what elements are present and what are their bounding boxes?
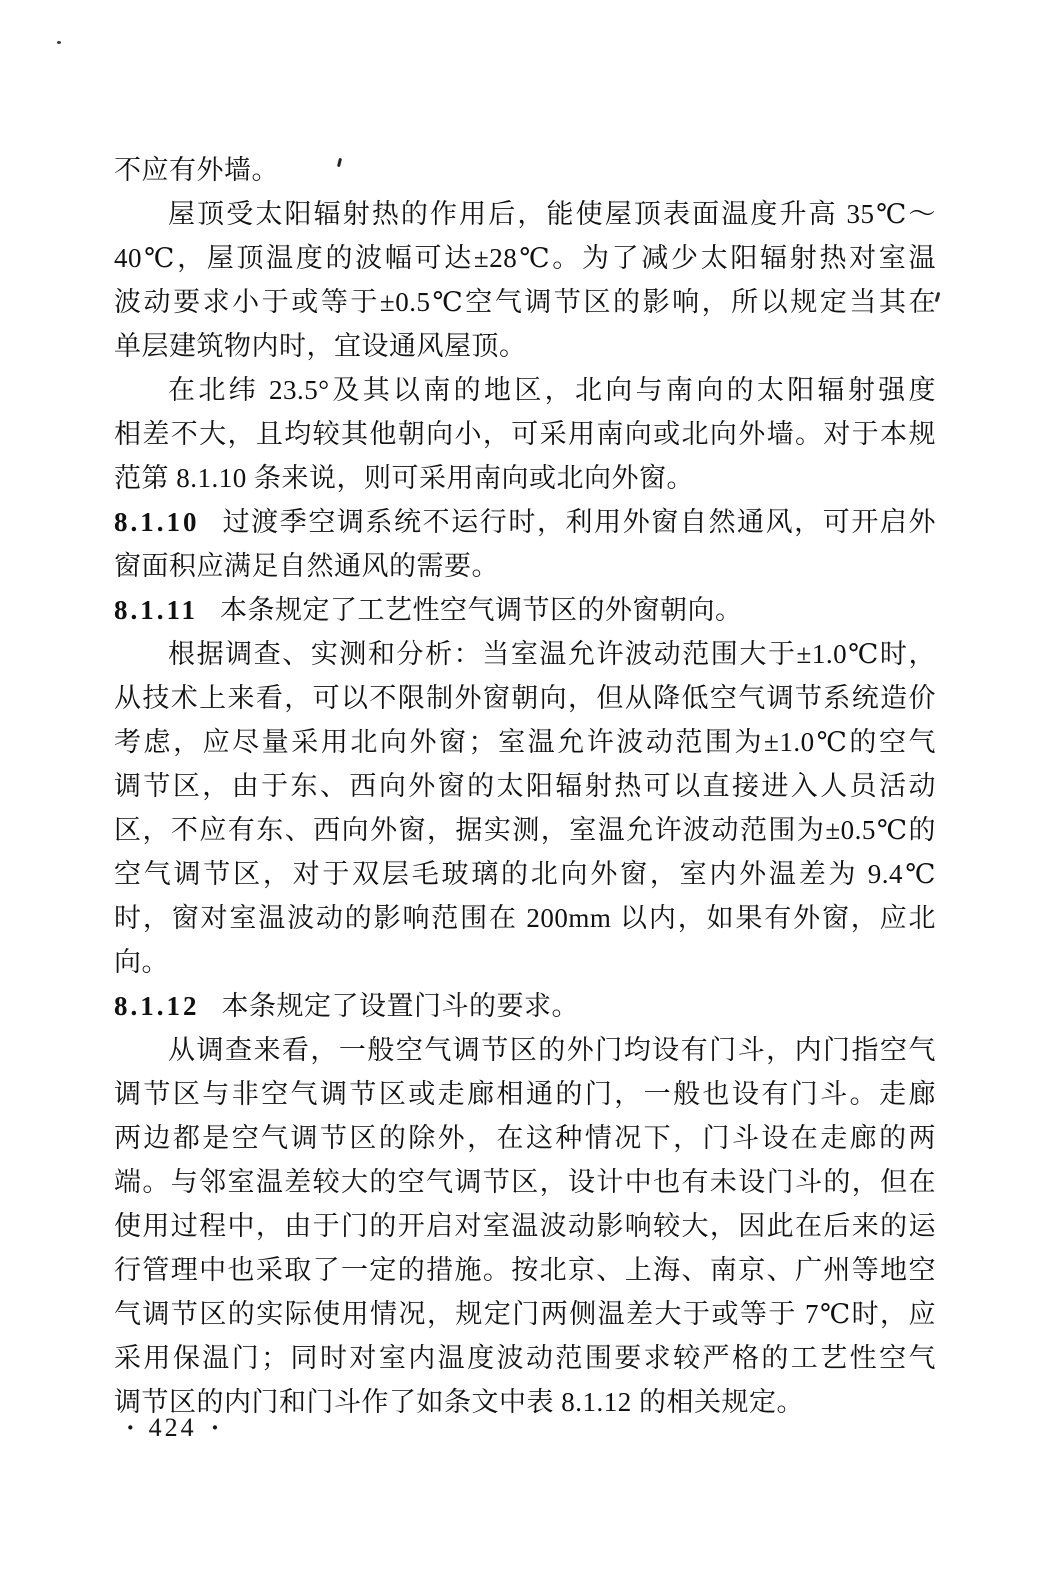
text-line: 时，窗对室温波动的影响范围在 200mm 以内，如果有外窗，应北 [114, 896, 936, 940]
clause-number: 8.1.12 [114, 991, 200, 1021]
text-line: 区，不应有东、西向外窗，据实测，室温允许波动范围为±0.5℃的 [114, 808, 936, 852]
text-line: 行管理中也采取了一定的措施。按北京、上海、南京、广州等地空 [114, 1248, 936, 1292]
document-page: 不应有外墙。 屋顶受太阳辐射热的作用后，能使屋顶表面温度升高 35℃～ 40℃，… [0, 0, 1056, 1578]
body-text-column: 不应有外墙。 屋顶受太阳辐射热的作用后，能使屋顶表面温度升高 35℃～ 40℃，… [114, 148, 936, 1424]
page-number-value: 424 [149, 1410, 197, 1446]
text-line: 从调查来看，一般空气调节区的外门均设有门斗，内门指空气 [114, 1028, 936, 1072]
text-line: 调节区的内门和门斗作了如条文中表 8.1.12 的相关规定。 [114, 1380, 936, 1424]
text-line: 气调节区的实际使用情况，规定门两侧温差大于或等于 7℃时，应 [114, 1292, 936, 1336]
clause-8-1-10: 8.1.10过渡季空调系统不运行时，利用外窗自然通风，可开启外 [114, 500, 936, 544]
text-line: 不应有外墙。 [114, 148, 936, 192]
text-line: 调节区与非空气调节区或走廊相通的门，一般也设有门斗。走廊 [114, 1072, 936, 1116]
text-line: 单层建筑物内时，宜设通风屋顶。 [114, 324, 936, 368]
text-line: 两边都是空气调节区的除外，在这种情况下，门斗设在走廊的两 [114, 1116, 936, 1160]
text-line: 使用过程中，由于门的开启对室温波动影响较大，因此在后来的运 [114, 1204, 936, 1248]
text-line: 采用保温门；同时对室内温度波动范围要求较严格的工艺性空气 [114, 1336, 936, 1380]
text-line: 空气调节区，对于双层毛玻璃的北向外窗，室内外温差为 9.4℃ [114, 852, 936, 896]
text-line: 波动要求小于或等于±0.5℃空气调节区的影响，所以规定当其在 [114, 280, 936, 324]
text-line: 40℃，屋顶温度的波幅可达±28℃。为了减少太阳辐射热对室温 [114, 236, 936, 280]
text-line: 范第 8.1.10 条来说，则可采用南向或北向外窗。 [114, 456, 936, 500]
text-line: 屋顶受太阳辐射热的作用后，能使屋顶表面温度升高 35℃～ [114, 192, 936, 236]
text-line: 向。 [114, 940, 936, 984]
text-line: 调节区，由于东、西向外窗的太阳辐射热可以直接进入人员活动 [114, 764, 936, 808]
clause-8-1-12: 8.1.12本条规定了设置门斗的要求。 [114, 984, 936, 1028]
clause-8-1-11: 8.1.11本条规定了工艺性空气调节区的外窗朝向。 [114, 588, 936, 632]
page-number-left-dot: · [126, 1410, 135, 1446]
text-line: 考虑，应尽量采用北向外窗；室温允许波动范围为±1.0℃的空气 [114, 720, 936, 764]
clause-number: 8.1.10 [114, 507, 200, 537]
text-line: 根据调查、实测和分析：当室温允许波动范围大于±1.0℃时， [114, 632, 936, 676]
clause-number: 8.1.11 [114, 595, 198, 625]
page-number-right-dot: · [211, 1410, 220, 1446]
page-number: ·424· [126, 1410, 219, 1446]
text-line: 窗面积应满足自然通风的需要。 [114, 544, 936, 588]
text-line: 从技术上来看，可以不限制外窗朝向，但从降低空气调节系统造价 [114, 676, 936, 720]
text-line: 在北纬 23.5°及其以南的地区，北向与南向的太阳辐射强度 [114, 368, 936, 412]
scan-speck [57, 41, 61, 44]
text-line: 端。与邻室温差较大的空气调节区，设计中也有未设门斗的，但在 [114, 1160, 936, 1204]
text-line: 相差不大，且均较其他朝向小，可采用南向或北向外墙。对于本规 [114, 412, 936, 456]
